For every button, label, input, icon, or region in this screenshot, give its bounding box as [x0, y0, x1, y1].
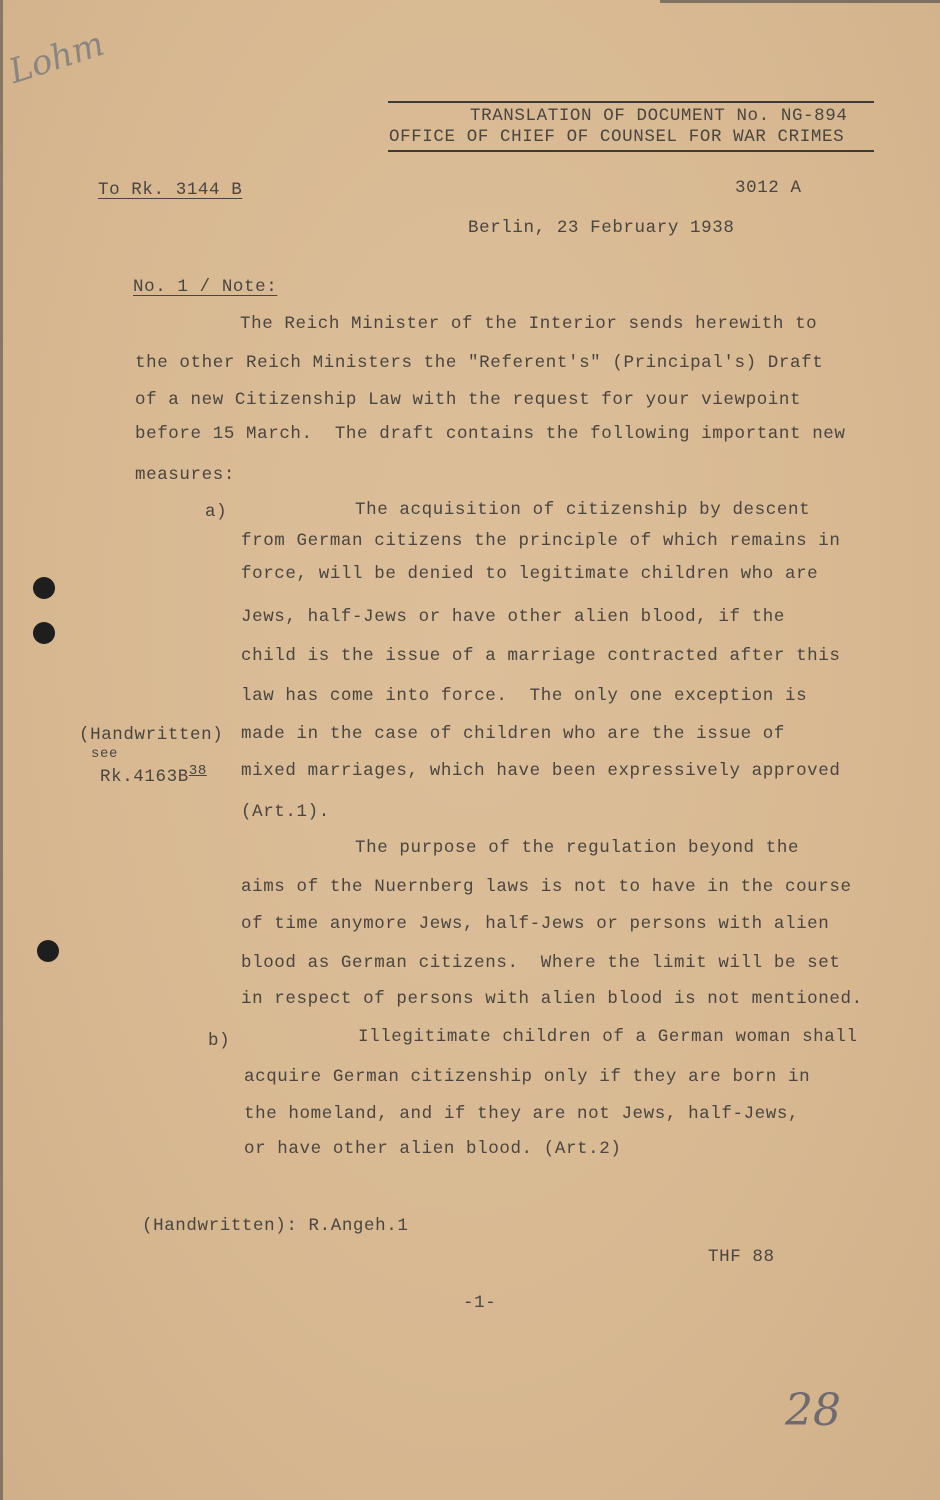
handwritten-page-number: 28 [785, 1385, 841, 1436]
item-b-line: the homeland, and if they are not Jews, … [244, 1104, 799, 1124]
margin-handwritten-label: (Handwritten) [79, 725, 223, 745]
place-date: Berlin, 23 February 1938 [468, 218, 734, 238]
purpose-line: in respect of persons with alien blood i… [241, 989, 863, 1009]
purpose-line: aims of the Nuernberg laws is not to hav… [241, 877, 852, 897]
header-line-1: TRANSLATION OF DOCUMENT No. NG-894 [470, 106, 847, 126]
intro-line: measures: [135, 465, 235, 485]
handwritten-footer: (Handwritten): R.Angeh.1 [142, 1216, 408, 1236]
margin-ref: Rk.4163B38 [100, 763, 207, 787]
item-a-line: law has come into force. The only one ex… [241, 686, 807, 706]
margin-ref-sup: 38 [189, 763, 207, 779]
item-b-line: Illegitimate children of a German woman … [358, 1027, 858, 1047]
handwritten-signature: Lohm [4, 24, 109, 92]
scan-edge-top [660, 0, 940, 3]
footer-code: THF 88 [708, 1247, 775, 1267]
item-a-line: The acquisition of citizenship by descen… [355, 500, 810, 520]
scan-edge [0, 0, 3, 1500]
purpose-line: of time anymore Jews, half-Jews or perso… [241, 914, 829, 934]
header-rule-bottom [388, 150, 874, 152]
margin-see: see [91, 746, 118, 762]
item-b-line: acquire German citizenship only if they … [244, 1067, 810, 1087]
item-a-marker: a) [205, 502, 227, 522]
note-heading: No. 1 / Note: [133, 277, 277, 297]
item-a-line: force, will be denied to legitimate chil… [241, 564, 818, 584]
intro-line: before 15 March. The draft contains the … [135, 424, 846, 444]
reference-right: 3012 A [735, 178, 802, 198]
item-b-marker: b) [208, 1031, 230, 1051]
purpose-line: blood as German citizens. Where the limi… [241, 953, 841, 973]
item-a-line: child is the issue of a marriage contrac… [241, 646, 841, 666]
punch-hole [33, 577, 55, 599]
purpose-line: The purpose of the regulation beyond the [355, 838, 799, 858]
document-page: Lohm TRANSLATION OF DOCUMENT No. NG-894 … [0, 0, 940, 1500]
margin-ref-text: Rk.4163B [100, 767, 189, 787]
item-a-line: mixed marriages, which have been express… [241, 761, 841, 781]
item-a-line: made in the case of children who are the… [241, 724, 785, 744]
item-b-line: or have other alien blood. (Art.2) [244, 1139, 621, 1159]
item-a-line: (Art.1). [241, 802, 330, 822]
intro-line: The Reich Minister of the Interior sends… [240, 314, 817, 334]
page-number: -1- [463, 1293, 496, 1313]
punch-hole [33, 622, 55, 644]
intro-line: of a new Citizenship Law with the reques… [135, 390, 801, 410]
punch-hole [37, 940, 59, 962]
item-a-line: Jews, half-Jews or have other alien bloo… [241, 607, 785, 627]
header-rule-top [388, 101, 874, 103]
intro-line: the other Reich Ministers the "Referent'… [135, 353, 823, 373]
reference-left: To Rk. 3144 B [98, 180, 242, 200]
item-a-line: from German citizens the principle of wh… [241, 531, 841, 551]
header-line-2: OFFICE OF CHIEF OF COUNSEL FOR WAR CRIME… [389, 127, 844, 147]
